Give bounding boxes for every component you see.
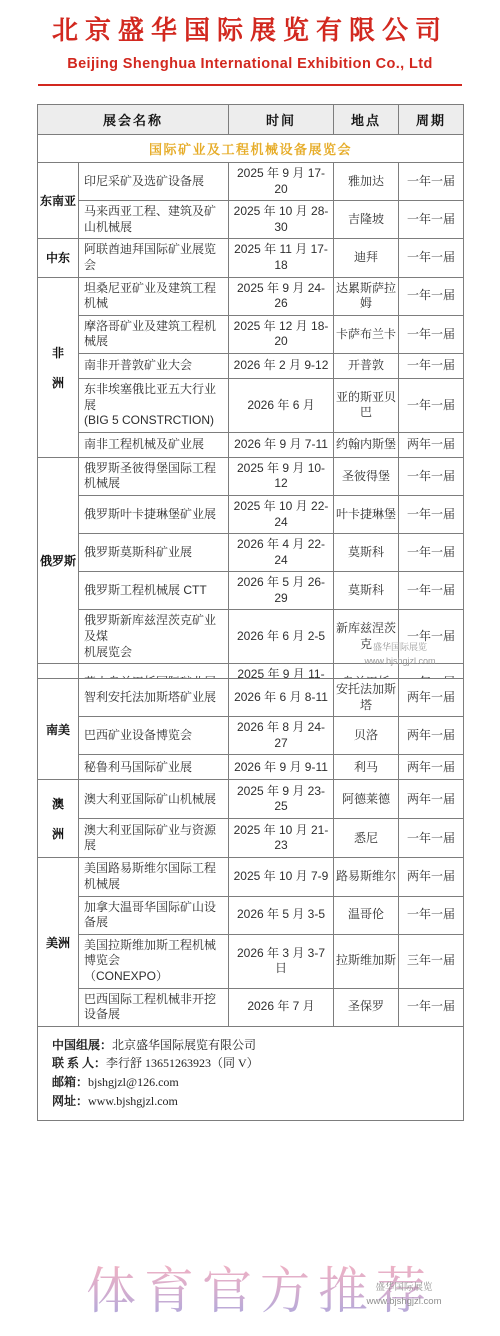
exhibition-row: 摩洛哥矿业及建筑工程机械展2025 年 12 月 18-20卡萨布兰卡一年一届 bbox=[38, 315, 464, 353]
contact-row: 中国组展：北京盛华国际展览有限公司 联 系 人：李行舒 13651263923（… bbox=[38, 1026, 464, 1120]
region-cell: 东南亚 bbox=[38, 163, 79, 239]
company-header: 北京盛华国际展览有限公司 Beijing Shenghua Internatio… bbox=[0, 15, 500, 72]
table-subtitle-row: 国际矿业及工程机械设备展览会 bbox=[38, 135, 464, 163]
exhibition-name-cell: 澳大利亚国际矿山机械展 bbox=[79, 780, 229, 819]
location-cell: 吉隆坡 bbox=[334, 201, 399, 239]
exhibition-row: 秘鲁利马国际矿业展2026 年 9 月 9-11利马两年一届 bbox=[38, 755, 464, 780]
exhibition-name-cell: 南非工程机械及矿业展 bbox=[79, 432, 229, 457]
exhibition-row: 俄罗斯工程机械展 CTT2026 年 5 月 26-29莫斯科一年一届 bbox=[38, 572, 464, 610]
exhibition-row: 俄罗斯叶卡捷琳堡矿业展2025 年 10 月 22-24叶卡捷琳堡一年一届 bbox=[38, 495, 464, 533]
exhibition-name-cell: 澳大利亚国际矿业与资源展 bbox=[79, 819, 229, 858]
frequency-cell: 一年一届 bbox=[399, 201, 464, 239]
location-cell: 约翰内斯堡 bbox=[334, 432, 399, 457]
exhibition-row: 非洲坦桑尼亚矿业及建筑工程机械2025 年 9 月 24-26达累斯萨拉姆一年一… bbox=[38, 277, 464, 315]
frequency-cell: 一年一届 bbox=[399, 819, 464, 858]
exhibition-row: 东南亚印尼采矿及选矿设备展2025 年 9 月 17-20雅加达一年一届 bbox=[38, 163, 464, 201]
column-header-location: 地点 bbox=[334, 105, 399, 135]
contact-block: 中国组展：北京盛华国际展览有限公司 联 系 人：李行舒 13651263923（… bbox=[38, 1026, 464, 1120]
location-cell: 贝洛 bbox=[334, 717, 399, 755]
frequency-cell: 一年一届 bbox=[399, 534, 464, 572]
date-cell: 2026 年 7 月 bbox=[229, 988, 334, 1026]
date-cell: 2025 年 10 月 7-9 bbox=[229, 858, 334, 896]
frequency-cell: 一年一届 bbox=[399, 277, 464, 315]
table-subtitle: 国际矿业及工程机械设备展览会 bbox=[38, 135, 464, 163]
contact-email-label: 邮箱： bbox=[52, 1075, 88, 1089]
exhibition-row: 澳洲澳大利亚国际矿山机械展2025 年 9 月 23-25阿德莱德两年一届 bbox=[38, 780, 464, 819]
frequency-cell: 两年一届 bbox=[399, 432, 464, 457]
watermark-bottom-url: www.bjshgjzl.com bbox=[362, 1295, 446, 1309]
contact-person-line: 联 系 人：李行舒 13651263923（同 V） bbox=[52, 1054, 449, 1073]
region-char: 洲 bbox=[39, 374, 77, 391]
frequency-cell: 一年一届 bbox=[399, 896, 464, 934]
location-cell: 叶卡捷琳堡 bbox=[334, 495, 399, 533]
location-cell: 阿德莱德 bbox=[334, 780, 399, 819]
frequency-cell: 两年一届 bbox=[399, 780, 464, 819]
exhibition-name-cell: 俄罗斯叶卡捷琳堡矿业展 bbox=[79, 495, 229, 533]
frequency-cell: 三年一届 bbox=[399, 934, 464, 988]
location-cell: 圣彼得堡 bbox=[334, 457, 399, 495]
date-cell: 2025 年 9 月 17-20 bbox=[229, 163, 334, 201]
exhibition-row: 巴西国际工程机械非开挖设备展2026 年 7 月圣保罗一年一届 bbox=[38, 988, 464, 1026]
date-cell: 2025 年 10 月 21-23 bbox=[229, 819, 334, 858]
exhibition-row: 加拿大温哥华国际矿山设备展2026 年 5 月 3-5温哥伦一年一届 bbox=[38, 896, 464, 934]
contact-website-label: 网址： bbox=[52, 1094, 88, 1108]
exhibition-name-cell: 东非埃塞俄比亚五大行业展 (BIG 5 CONSTRCTION) bbox=[79, 378, 229, 432]
exhibition-name-cell: 智利安托法加斯塔矿业展 bbox=[79, 679, 229, 717]
exhibition-name-cell: 马来西亚工程、建筑及矿山机械展 bbox=[79, 201, 229, 239]
frequency-cell: 一年一届 bbox=[399, 353, 464, 378]
region-cell: 澳洲 bbox=[38, 780, 79, 858]
exhibition-name-cell: 俄罗斯工程机械展 CTT bbox=[79, 572, 229, 610]
exhibition-name-cell: 印尼采矿及选矿设备展 bbox=[79, 163, 229, 201]
date-cell: 2025 年 9 月 23-25 bbox=[229, 780, 334, 819]
watermark-middle-url: www.bjshgjzl.com bbox=[352, 655, 448, 669]
company-name-en: Beijing Shenghua International Exhibitio… bbox=[0, 56, 500, 72]
date-cell: 2026 年 3 月 3-7 日 bbox=[229, 934, 334, 988]
location-cell: 达累斯萨拉姆 bbox=[334, 277, 399, 315]
exhibition-name-cell: 加拿大温哥华国际矿山设备展 bbox=[79, 896, 229, 934]
exhibition-row: 美洲美国路易斯维尔国际工程机械展2025 年 10 月 7-9路易斯维尔两年一届 bbox=[38, 858, 464, 896]
contact-website-value: www.bjshgjzl.com bbox=[88, 1094, 178, 1108]
date-cell: 2026 年 8 月 24-27 bbox=[229, 717, 334, 755]
location-cell: 开普敦 bbox=[334, 353, 399, 378]
contact-person-label: 联 系 人： bbox=[52, 1056, 106, 1070]
location-cell: 莫斯科 bbox=[334, 572, 399, 610]
date-cell: 2026 年 6 月 2-5 bbox=[229, 610, 334, 664]
exhibition-row: 俄罗斯俄罗斯圣彼得堡国际工程机械展2025 年 9 月 10-12圣彼得堡一年一… bbox=[38, 457, 464, 495]
frequency-cell: 两年一届 bbox=[399, 679, 464, 717]
date-cell: 2026 年 2 月 9-12 bbox=[229, 353, 334, 378]
location-cell: 路易斯维尔 bbox=[334, 858, 399, 896]
exhibition-name-cell: 俄罗斯莫斯科矿业展 bbox=[79, 534, 229, 572]
frequency-cell: 一年一届 bbox=[399, 572, 464, 610]
exhibition-name-cell: 美国路易斯维尔国际工程机械展 bbox=[79, 858, 229, 896]
frequency-cell: 一年一届 bbox=[399, 988, 464, 1026]
region-cell: 非洲 bbox=[38, 277, 79, 457]
date-cell: 2026 年 6 月 bbox=[229, 378, 334, 432]
date-cell: 2025 年 12 月 18-20 bbox=[229, 315, 334, 353]
date-cell: 2025 年 9 月 10-12 bbox=[229, 457, 334, 495]
contact-email-line: 邮箱：bjshgjzl@126.com bbox=[52, 1073, 449, 1092]
location-cell: 悉尼 bbox=[334, 819, 399, 858]
exhibition-row: 澳大利亚国际矿业与资源展2025 年 10 月 21-23悉尼一年一届 bbox=[38, 819, 464, 858]
exhibition-row: 南非开普敦矿业大会2026 年 2 月 9-12开普敦一年一届 bbox=[38, 353, 464, 378]
location-cell: 迪拜 bbox=[334, 239, 399, 277]
date-cell: 2025 年 10 月 28-30 bbox=[229, 201, 334, 239]
exhibition-row: 俄罗斯莫斯科矿业展2026 年 4 月 22-24莫斯科一年一届 bbox=[38, 534, 464, 572]
watermark-middle: 盛华国际展览 www.bjshgjzl.com bbox=[352, 641, 448, 668]
watermark-bottom-name: 盛华国际展览 bbox=[362, 1281, 446, 1295]
exhibition-row: 中东阿联酋迪拜国际矿业展览会2025 年 11 月 17-18迪拜一年一届 bbox=[38, 239, 464, 277]
exhibition-row: 东非埃塞俄比亚五大行业展 (BIG 5 CONSTRCTION)2026 年 6… bbox=[38, 378, 464, 432]
region-cell: 俄罗斯 bbox=[38, 457, 79, 664]
region-cell: 中东 bbox=[38, 239, 79, 277]
location-cell: 亚的斯亚贝巴 bbox=[334, 378, 399, 432]
region-cell: 美洲 bbox=[38, 858, 79, 1026]
date-cell: 2025 年 10 月 22-24 bbox=[229, 495, 334, 533]
flyer-page: 北京盛华国际展览有限公司 Beijing Shenghua Internatio… bbox=[0, 0, 500, 1336]
exhibition-row: 南非工程机械及矿业展2026 年 9 月 7-11约翰内斯堡两年一届 bbox=[38, 432, 464, 457]
location-cell: 雅加达 bbox=[334, 163, 399, 201]
column-header-frequency: 周期 bbox=[399, 105, 464, 135]
frequency-cell: 一年一届 bbox=[399, 457, 464, 495]
exhibition-name-cell: 美国拉斯维加斯工程机械博览会 （CONEXPO） bbox=[79, 934, 229, 988]
contact-website-line: 网址：www.bjshgjzl.com bbox=[52, 1092, 449, 1111]
region-char: 洲 bbox=[39, 825, 77, 842]
exhibition-row: 美国拉斯维加斯工程机械博览会 （CONEXPO）2026 年 3 月 3-7 日… bbox=[38, 934, 464, 988]
exhibition-row: 马来西亚工程、建筑及矿山机械展2025 年 10 月 28-30吉隆坡一年一届 bbox=[38, 201, 464, 239]
location-cell: 拉斯维加斯 bbox=[334, 934, 399, 988]
frequency-cell: 一年一届 bbox=[399, 239, 464, 277]
date-cell: 2026 年 5 月 3-5 bbox=[229, 896, 334, 934]
exhibition-row: 南美智利安托法加斯塔矿业展2026 年 6 月 8-11安托法加斯塔两年一届 bbox=[38, 679, 464, 717]
exhibition-name-cell: 俄罗斯圣彼得堡国际工程机械展 bbox=[79, 457, 229, 495]
exhibition-name-cell: 坦桑尼亚矿业及建筑工程机械 bbox=[79, 277, 229, 315]
frequency-cell: 两年一届 bbox=[399, 755, 464, 780]
contact-organizer-label: 中国组展： bbox=[52, 1038, 112, 1052]
exhibition-name-cell: 巴西国际工程机械非开挖设备展 bbox=[79, 988, 229, 1026]
frequency-cell: 两年一届 bbox=[399, 717, 464, 755]
exhibition-table-secondary: 南美智利安托法加斯塔矿业展2026 年 6 月 8-11安托法加斯塔两年一届巴西… bbox=[37, 678, 464, 1121]
location-cell: 温哥伦 bbox=[334, 896, 399, 934]
location-cell: 安托法加斯塔 bbox=[334, 679, 399, 717]
region-char: 非 bbox=[39, 344, 77, 361]
frequency-cell: 一年一届 bbox=[399, 163, 464, 201]
date-cell: 2026 年 5 月 26-29 bbox=[229, 572, 334, 610]
date-cell: 2026 年 4 月 22-24 bbox=[229, 534, 334, 572]
exhibition-name-cell: 南非开普敦矿业大会 bbox=[79, 353, 229, 378]
date-cell: 2025 年 11 月 17-18 bbox=[229, 239, 334, 277]
exhibition-name-cell: 秘鲁利马国际矿业展 bbox=[79, 755, 229, 780]
location-cell: 卡萨布兰卡 bbox=[334, 315, 399, 353]
watermark-middle-name: 盛华国际展览 bbox=[352, 641, 448, 655]
location-cell: 利马 bbox=[334, 755, 399, 780]
contact-person-value: 李行舒 13651263923（同 V） bbox=[106, 1056, 259, 1070]
contact-organizer-line: 中国组展：北京盛华国际展览有限公司 bbox=[52, 1036, 449, 1055]
exhibition-name-cell: 阿联酋迪拜国际矿业展览会 bbox=[79, 239, 229, 277]
exhibition-name-cell: 摩洛哥矿业及建筑工程机械展 bbox=[79, 315, 229, 353]
contact-email-value: bjshgjzl@126.com bbox=[88, 1075, 179, 1089]
frequency-cell: 一年一届 bbox=[399, 315, 464, 353]
location-cell: 莫斯科 bbox=[334, 534, 399, 572]
date-cell: 2026 年 6 月 8-11 bbox=[229, 679, 334, 717]
company-name-cn: 北京盛华国际展览有限公司 bbox=[0, 15, 500, 46]
date-cell: 2026 年 9 月 9-11 bbox=[229, 755, 334, 780]
region-char: 澳 bbox=[39, 795, 77, 812]
exhibition-row: 巴西矿业设备博览会2026 年 8 月 24-27贝洛两年一届 bbox=[38, 717, 464, 755]
contact-organizer-value: 北京盛华国际展览有限公司 bbox=[112, 1038, 256, 1052]
column-header-time: 时间 bbox=[229, 105, 334, 135]
frequency-cell: 两年一届 bbox=[399, 858, 464, 896]
frequency-cell: 一年一届 bbox=[399, 378, 464, 432]
table-header-row: 展会名称 时间 地点 周期 bbox=[38, 105, 464, 135]
exhibition-name-cell: 巴西矿业设备博览会 bbox=[79, 717, 229, 755]
exhibition-name-cell: 俄罗斯新库兹涅茨克矿业及煤 机展览会 bbox=[79, 610, 229, 664]
date-cell: 2025 年 9 月 24-26 bbox=[229, 277, 334, 315]
watermark-bottom: 盛华国际展览 www.bjshgjzl.com bbox=[362, 1281, 446, 1310]
column-header-exhibition-name: 展会名称 bbox=[38, 105, 229, 135]
location-cell: 圣保罗 bbox=[334, 988, 399, 1026]
header-divider-rule bbox=[38, 84, 462, 86]
date-cell: 2026 年 9 月 7-11 bbox=[229, 432, 334, 457]
frequency-cell: 一年一届 bbox=[399, 495, 464, 533]
region-cell: 南美 bbox=[38, 679, 79, 780]
